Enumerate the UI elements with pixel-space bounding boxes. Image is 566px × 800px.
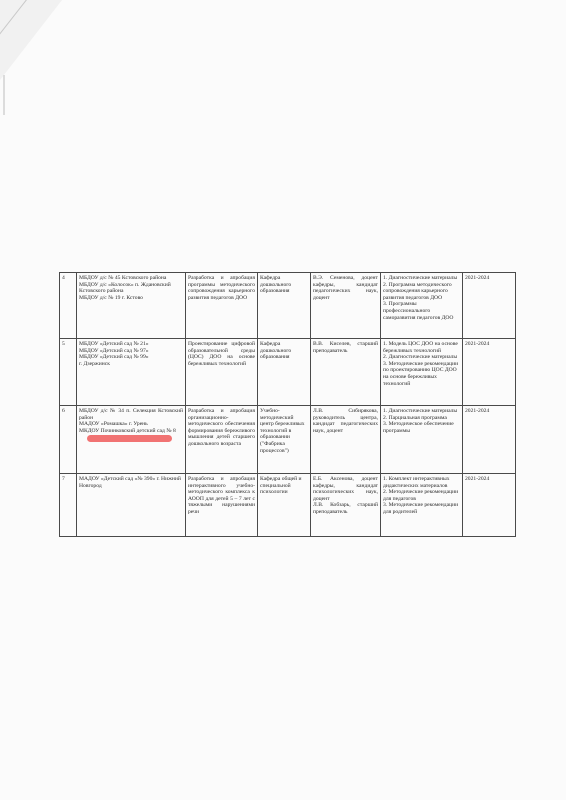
period-cell: 2021-2024 bbox=[463, 339, 516, 406]
department-cell: Кафедра дошкольного образования bbox=[258, 339, 311, 406]
supervisor-cell: Е.Б. Аксенова, доцент кафедры, кандидат … bbox=[311, 474, 381, 537]
products-cell: 1. Модель ЦОС ДОО на основе бережливых т… bbox=[381, 339, 463, 406]
topic-cell: Разработка и апробация программы методич… bbox=[186, 273, 258, 339]
department-cell: Кафедра общей и специальной психологии bbox=[258, 474, 311, 537]
period-cell: 2021-2024 bbox=[463, 474, 516, 537]
fold-edge bbox=[3, 75, 5, 115]
period-cell: 2021-2024 bbox=[463, 406, 516, 474]
supervisor-cell: Л.В. Сибирякова, руководитель центра, ка… bbox=[311, 406, 381, 474]
supervisor-cell: В.В. Киселев, старший преподаватель bbox=[311, 339, 381, 406]
institutions-cell: МБДОУ д/с № 45 Кстовского района МБДОУ д… bbox=[77, 273, 186, 339]
supervisor-cell: В.Э. Семенова, доцент кафедры, кандидат … bbox=[311, 273, 381, 339]
products-cell: 1. Комплект интерактивных дидактических … bbox=[381, 474, 463, 537]
row-number: 5 bbox=[60, 339, 77, 406]
institutions-cell: МАДОУ «Детский сад «№ 390» г. Нижний Нов… bbox=[77, 474, 186, 537]
projects-table: 4 МБДОУ д/с № 45 Кстовского района МБДОУ… bbox=[59, 272, 516, 537]
table-row: 7 МАДОУ «Детский сад «№ 390» г. Нижний Н… bbox=[60, 474, 516, 537]
institutions-cell: МБДОУ «Детский сад № 21» МБДОУ «Детский … bbox=[77, 339, 186, 406]
period-cell: 2021-2024 bbox=[463, 273, 516, 339]
topic-cell: Проектирование цифровой образовательной … bbox=[186, 339, 258, 406]
row-number: 6 bbox=[60, 406, 77, 474]
products-cell: 1. Диагностические материалы 2. Парциаль… bbox=[381, 406, 463, 474]
products-cell: 1. Диагностические материалы 2. Программ… bbox=[381, 273, 463, 339]
page-corner-fold bbox=[0, 0, 62, 80]
table-row: 5 МБДОУ «Детский сад № 21» МБДОУ «Детски… bbox=[60, 339, 516, 406]
department-cell: Кафедра дошкольного образования bbox=[258, 273, 311, 339]
table-row: 4 МБДОУ д/с № 45 Кстовского района МБДОУ… bbox=[60, 273, 516, 339]
table-row: 6 МБДОУ д/с № 34 п. Селекция Кстовский р… bbox=[60, 406, 516, 474]
row-number: 4 bbox=[60, 273, 77, 339]
redaction-mark bbox=[87, 435, 172, 442]
department-cell: Учебно-методический центр бережливых тех… bbox=[258, 406, 311, 474]
topic-cell: Разработка и апробация интерактивного уч… bbox=[186, 474, 258, 537]
topic-cell: Разработка и апробация организационно-ме… bbox=[186, 406, 258, 474]
row-number: 7 bbox=[60, 474, 77, 537]
institutions-cell: МБДОУ д/с № 34 п. Селекция Кстовский рай… bbox=[77, 406, 186, 474]
